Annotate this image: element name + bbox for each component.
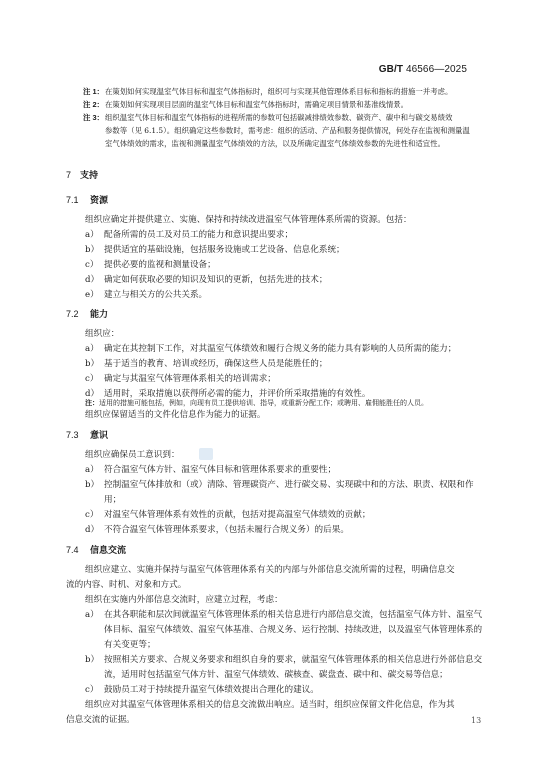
document-page: GB/T 46566—2025 注 1：在策划如何实现温室气体目标和温室气体指标… [0, 0, 550, 778]
section-heading-7-1: 7.1资源 [66, 193, 108, 206]
list-text: 不符合温室气体管理体系要求，（包括未履行合规义务）的后果。 [104, 523, 485, 538]
section-title: 资源 [90, 195, 108, 205]
paragraph-continuation: 流的内容、时机、对象和方式。 [66, 578, 186, 593]
list-item: b）基于适当的教育、培训或经历，确保这些人员是能胜任的； [85, 357, 485, 372]
section-number: 7.2 [66, 309, 90, 319]
section-heading-7-3: 7.3意识 [66, 428, 108, 441]
list-marker: d） [85, 523, 104, 538]
section-title: 支持 [80, 170, 98, 180]
list-marker: c） [85, 258, 104, 273]
standard-header: GB/T 46566—2025 [379, 64, 467, 75]
list-text: 按照相关方要求、合规义务要求和组织自身的要求，就温室气体管理体系的相关信息进行外… [104, 653, 485, 683]
list-item: c）鼓励员工对于持续提升温室气体绩效提出合理化的建议。 [85, 683, 485, 698]
list-marker: b） [85, 653, 104, 668]
list-item: c）提供必要的监视和测量设备； [85, 258, 485, 273]
list-item: c）确定与其温室气体管理体系相关的培训需求； [85, 372, 485, 387]
list-marker: a） [85, 228, 104, 243]
list-item: b）控制温室气体排放和（或）清除、管理碳资产、进行碳交易、实现碳中和的方法、职责… [85, 478, 485, 493]
list-item: d）不符合温室气体管理体系要求，（包括未履行合规义务）的后果。 [85, 523, 485, 538]
list-text: 提供必要的监视和测量设备； [104, 258, 485, 273]
list-text: 配备所需的员工及对员工的能力和意识提出要求； [104, 228, 485, 243]
list-text: 提供适宜的基础设施，包括服务设施或工艺设备、信息化系统； [104, 243, 485, 258]
section-number: 7.1 [66, 195, 90, 205]
list-text: 建立与相关方的公共关系。 [104, 288, 485, 303]
section-heading-7-4: 7.4信息交流 [66, 543, 126, 556]
list-item: d）确定如何获取必要的知识及知识的更新，包括先进的技术； [85, 273, 485, 288]
note-text: 组织温室气体目标和温室气体指标的进程所需的参数可包括碳减排绩效参数、碳资产、碳中… [105, 113, 452, 122]
note-2: 注 2：在策划如何实现项目层面的温室气体目标和温室气体指标时，需确定项目情景和基… [83, 98, 483, 111]
note-1: 注 1：在策划如何实现温室气体目标和温室气体指标时，组织可与实现其他管理体系目标… [83, 85, 483, 98]
note-text: 适用的措施可能包括，例如，向现有员工提供培训、指导，或重新分配工作；或聘用、雇佣… [99, 399, 428, 407]
list-marker: e） [85, 288, 104, 303]
list-marker: b） [85, 478, 104, 493]
list-text: 鼓励员工对于持续提升温室气体绩效提出合理化的建议。 [104, 683, 485, 698]
note-label: 注 3： [83, 111, 105, 124]
section-number: 7.3 [66, 430, 90, 440]
list-item: a）符合温室气体方针、温室气体目标和管理体系要求的重要性； [85, 463, 485, 478]
note-3: 注 3：组织温室气体目标和温室气体指标的进程所需的参数可包括碳减排绩效参数、碳资… [83, 111, 483, 150]
list-marker: b） [85, 243, 104, 258]
note-label: 注 1： [83, 85, 105, 98]
note-text: 参数等（见 6.1.5）。组织确定这些参数时，需考虑：组织的活动、产品和服务提供… [83, 124, 483, 137]
list-marker: c） [85, 683, 104, 698]
section-heading-7: 7支持 [66, 168, 98, 181]
section-heading-7-2: 7.2能力 [66, 307, 108, 320]
list-item: e）建立与相关方的公共关系。 [85, 288, 485, 303]
page-number: 13 [471, 716, 481, 725]
standard-code: GB/T [379, 64, 403, 75]
note-label: 注 2： [83, 98, 105, 111]
list-text: 确定与其温室气体管理体系相关的培训需求； [104, 372, 485, 387]
list-marker: a） [85, 342, 104, 357]
section-number: 7.4 [66, 545, 90, 555]
list-text: 控制温室气体排放和（或）清除、管理碳资产、进行碳交易、实现碳中和的方法、职责、权… [104, 478, 485, 508]
list-item: b）提供适宜的基础设施，包括服务设施或工艺设备、信息化系统； [85, 243, 485, 258]
note-text: 在策划如何实现项目层面的温室气体目标和温室气体指标时，需确定项目情景和基准线情景… [105, 100, 408, 109]
list-item: a）在其各职能和层次间就温室气体管理体系的相关信息进行内部信息交流，包括温室气体… [85, 608, 485, 623]
section-title: 意识 [90, 430, 108, 440]
list-text: 确定如何获取必要的知识及知识的更新，包括先进的技术； [104, 273, 485, 288]
list-text: 对温室气体管理体系有效性的贡献，包括对提高温室气体绩效的贡献； [104, 508, 485, 523]
list-marker: a） [85, 608, 104, 623]
paragraph-continuation: 信息交流的证据。 [66, 713, 135, 728]
list-item: a）配备所需的员工及对员工的能力和意识提出要求； [85, 228, 485, 243]
paragraph: 组织应确定并提供建立、实施、保持和持续改进温室气体管理体系所需的资源。包括： [85, 213, 412, 228]
list-item: a）确定在其控制下工作，对其温室气体绩效和履行合规义务的能力具有影响的人员所需的… [85, 342, 485, 357]
paragraph: 组织在实施内外部信息交流时，应建立过程，考虑： [85, 593, 283, 608]
note-text: 在策划如何实现温室气体目标和温室气体指标时，组织可与实现其他管理体系目标和指标的… [105, 87, 452, 96]
list-text: 基于适当的教育、培训或经历，确保这些人员是能胜任的； [104, 357, 485, 372]
watermark-stamp-icon [199, 448, 213, 460]
list-text: 在其各职能和层次间就温室气体管理体系的相关信息进行内部信息交流，包括温室气体方针… [104, 608, 485, 653]
note-text: 室气体绩效的需求，监视和测量温室气体绩效的方法，以及所确定温室气体绩效参数的先进… [83, 137, 483, 150]
note-label: 注： [85, 400, 99, 407]
list-text: 符合温室气体方针、温室气体目标和管理体系要求的重要性； [104, 463, 485, 478]
list-marker: b） [85, 357, 104, 372]
list-item: c）对温室气体管理体系有效性的贡献，包括对提高温室气体绩效的贡献； [85, 508, 485, 523]
standard-number: 46566—2025 [406, 64, 467, 75]
paragraph: 组织应： [85, 327, 119, 342]
paragraph: 组织应对其温室气体管理体系相关的信息交流做出响应。适当时，组织应保留文件化信息，… [85, 698, 455, 713]
note: 注：适用的措施可能包括，例如，向现有员工提供培训、指导，或重新分配工作；或聘用、… [85, 398, 428, 408]
paragraph: 组织应确保员工意识到： [85, 448, 180, 463]
list-marker: c） [85, 372, 104, 387]
list-marker: c） [85, 508, 104, 523]
list-item: b）按照相关方要求、合规义务要求和组织自身的要求，就温室气体管理体系的相关信息进… [85, 653, 485, 668]
list-marker: d） [85, 273, 104, 288]
section-number: 7 [66, 170, 80, 180]
section-title: 信息交流 [90, 545, 126, 555]
list-marker: a） [85, 463, 104, 478]
paragraph: 组织应建立、实施并保持与温室气体管理体系有关的内部与外部信息交流所需的过程，明确… [85, 563, 455, 578]
paragraph: 组织应保留适当的文件化信息作为能力的证据。 [85, 408, 265, 423]
section-title: 能力 [90, 309, 108, 319]
list-text: 确定在其控制下工作，对其温室气体绩效和履行合规义务的能力具有影响的人员所需的能力… [104, 342, 485, 357]
